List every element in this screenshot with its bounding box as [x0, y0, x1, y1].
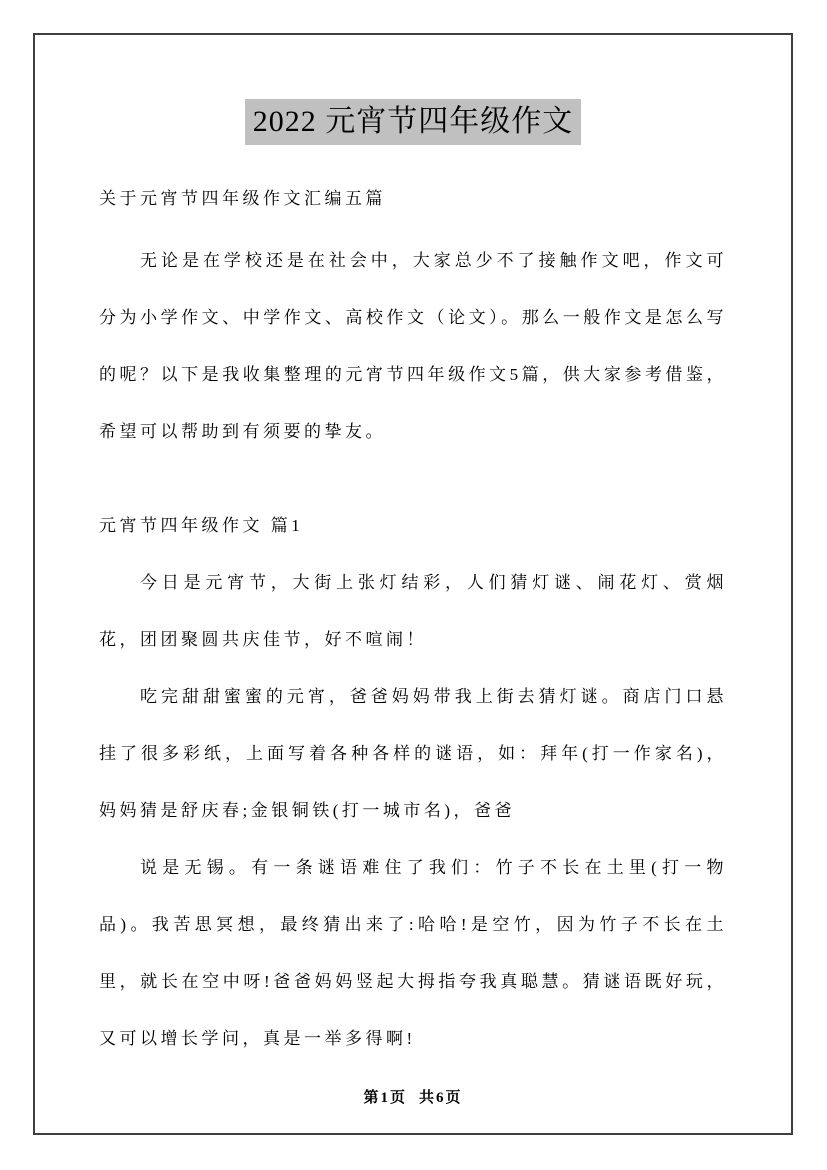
document-page: 2022 元宵节四年级作文 关于元宵节四年级作文汇编五篇 无论是在学校还是在社会… [33, 33, 793, 1135]
document-title-line: 2022 元宵节四年级作文 [99, 98, 727, 150]
essay-paragraph-2: 吃完甜甜蜜蜜的元宵，爸爸妈妈带我上街去猜灯谜。商店门口悬挂了很多彩纸，上面写着各… [99, 668, 727, 839]
document-content: 2022 元宵节四年级作文 关于元宵节四年级作文汇编五篇 无论是在学校还是在社会… [35, 98, 791, 1067]
page-footer: 第1页共6页 [35, 1086, 791, 1107]
page-total-indicator: 共6页 [419, 1090, 463, 1106]
document-title: 2022 元宵节四年级作文 [245, 99, 582, 145]
intro-paragraph: 无论是在学校还是在社会中，大家总少不了接触作文吧，作文可分为小学作文、中学作文、… [99, 232, 727, 460]
document-subtitle: 关于元宵节四年级作文汇编五篇 [99, 170, 727, 227]
section-heading: 元宵节四年级作文 篇1 [99, 497, 727, 554]
essay-paragraph-1: 今日是元宵节，大街上张灯结彩，人们猜灯谜、闹花灯、赏烟花，团团聚圆共庆佳节，好不… [99, 554, 727, 668]
page-number-indicator: 第1页 [363, 1090, 407, 1106]
essay-paragraph-3: 说是无锡。有一条谜语难住了我们：竹子不长在土里(打一物品)。我苦思冥想，最终猜出… [99, 839, 727, 1067]
